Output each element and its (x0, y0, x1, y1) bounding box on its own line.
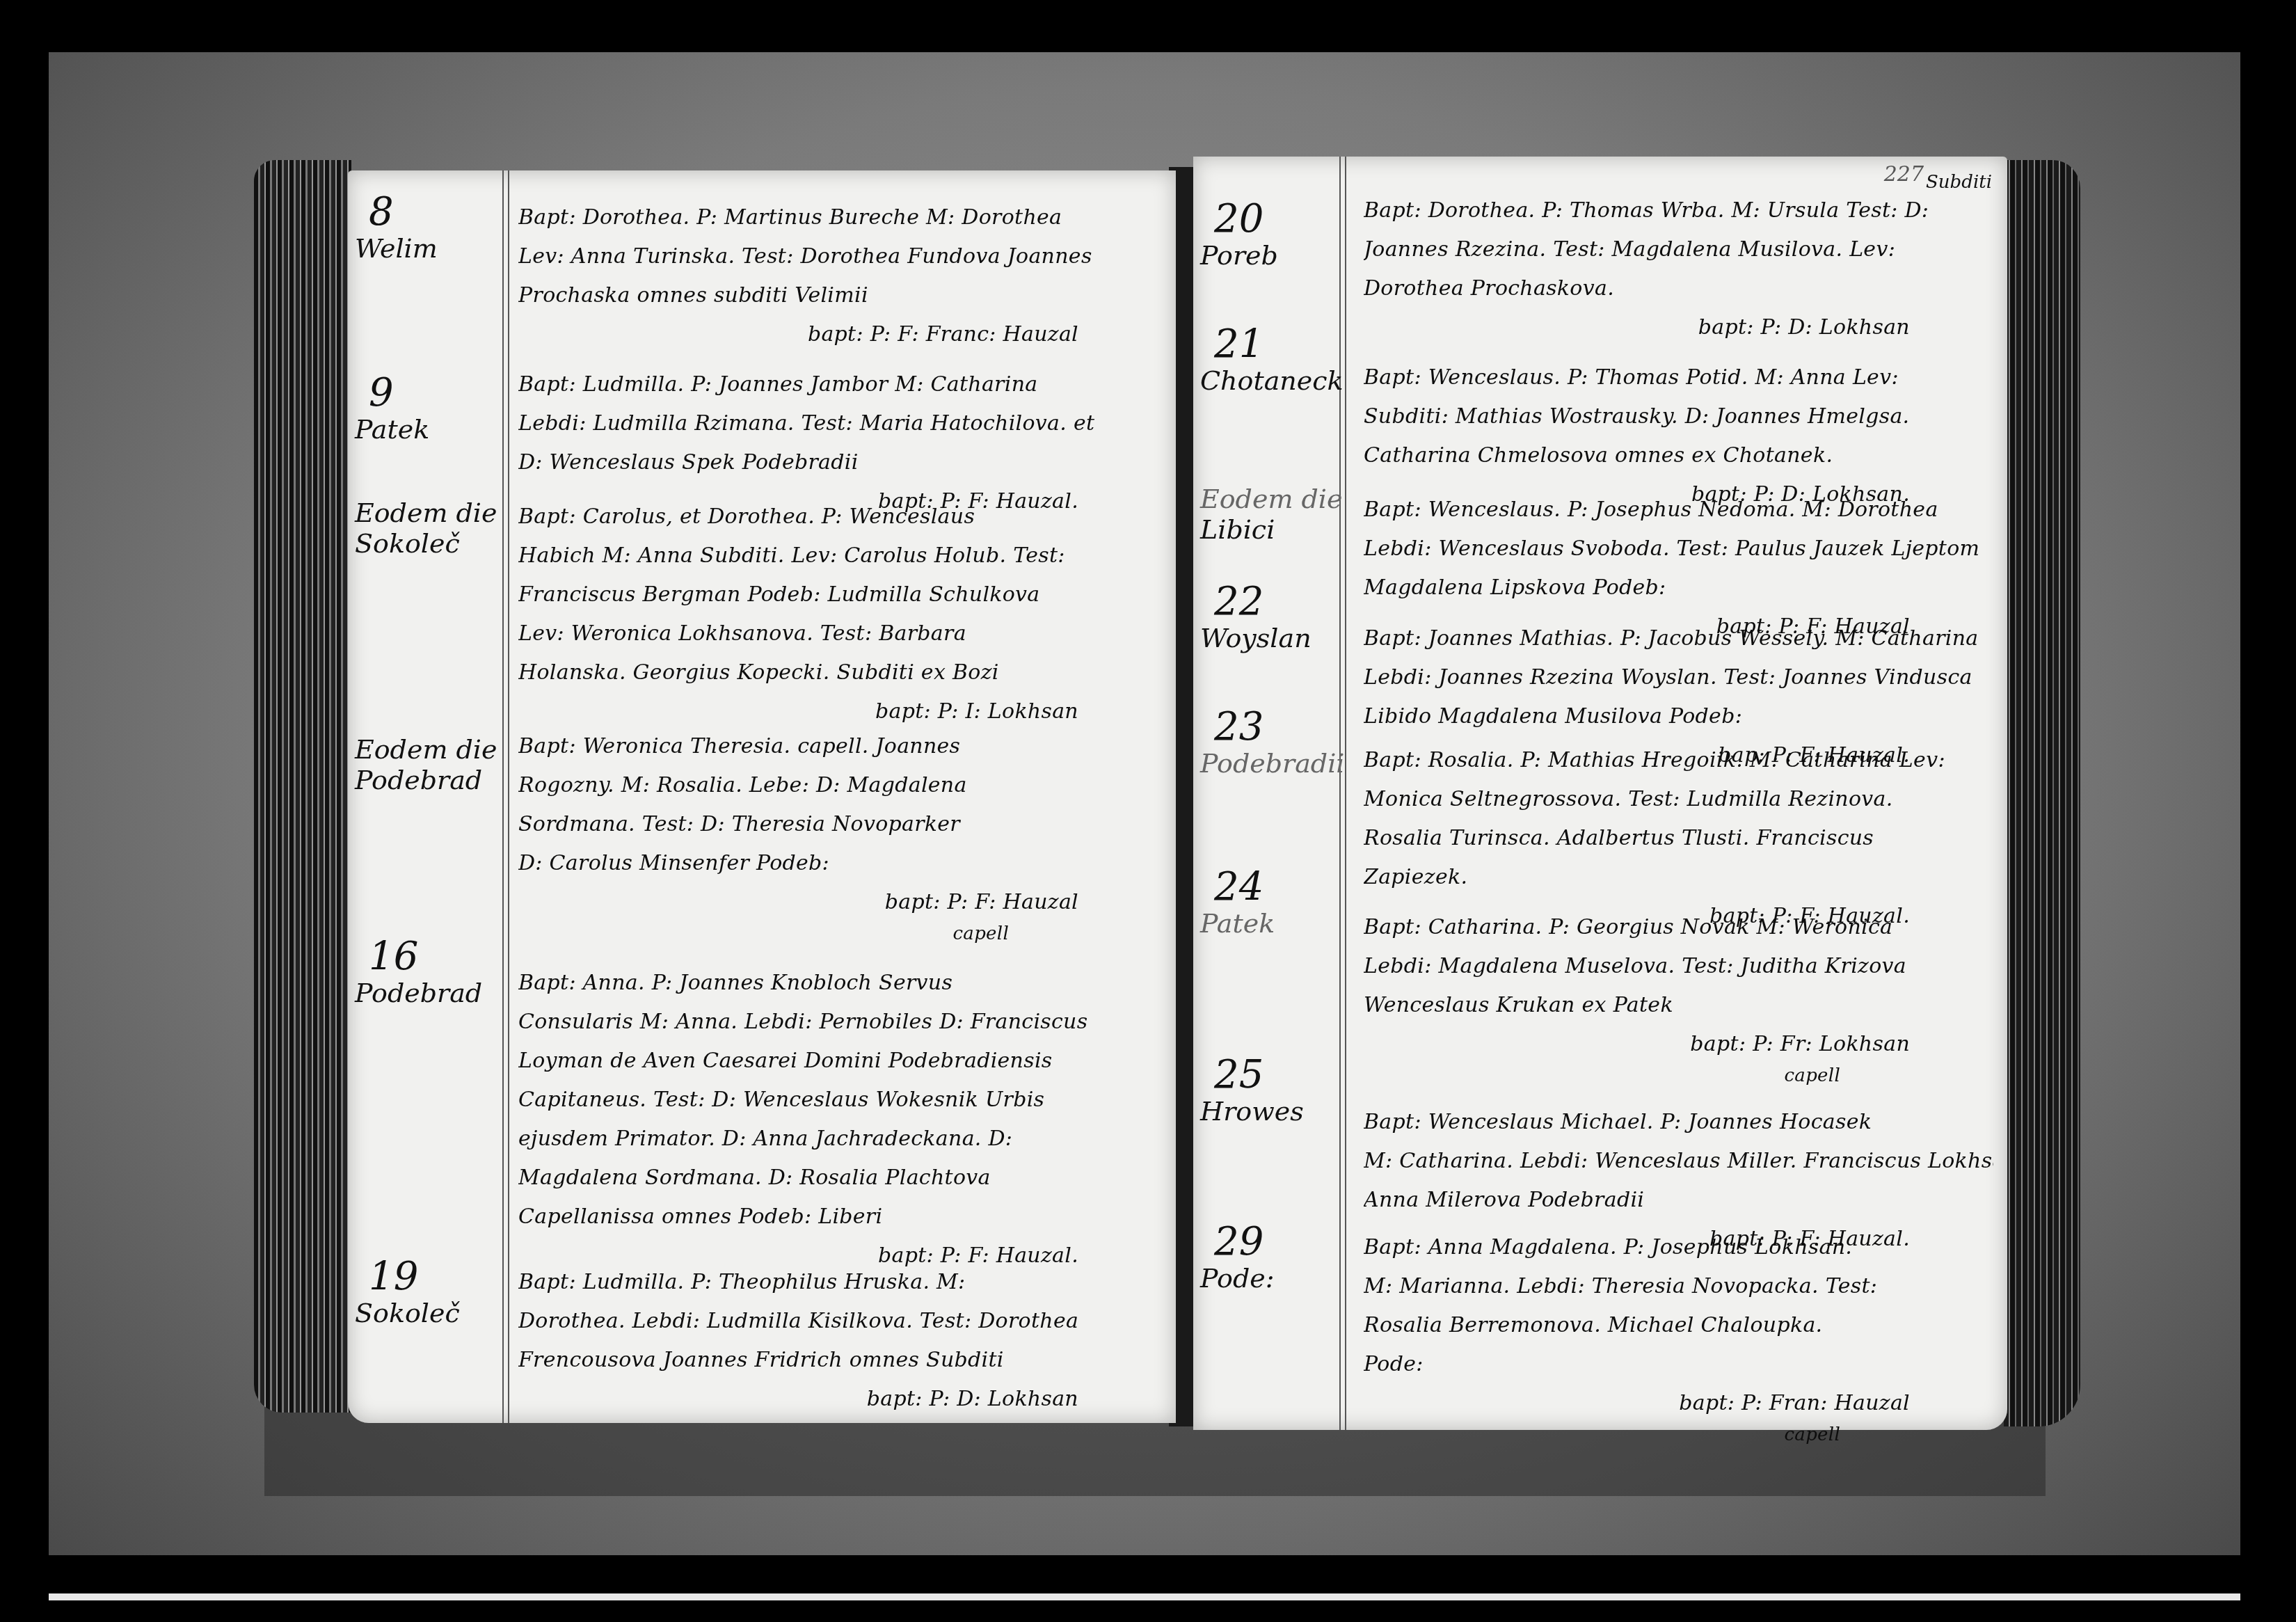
entry-line: Dorothea Prochaskova. (1364, 269, 1993, 308)
entry-place: Sokoleč (355, 528, 497, 559)
entry-line: Magdalena Sordmana. D: Rosalia Plachtova (518, 1159, 1162, 1198)
entry-line: Bapt: Ludmilla. P: Joannes Jambor M: Cat… (518, 365, 1162, 404)
entry-margin: 9 Patek (355, 372, 497, 445)
entry-line: Lebdi: Ludmilla Rzimana. Test: Maria Hat… (518, 404, 1162, 443)
entry-place: Welim (355, 233, 497, 264)
entry-margin: 19 Sokoleč (355, 1256, 497, 1328)
entry-margin: 8 Welim (355, 191, 497, 264)
entry-date: 16 (355, 936, 497, 978)
entry-line: Bapt: Carolus, et Dorothea. P: Wenceslau… (518, 498, 1162, 536)
entry-margin: 24 Patek (1200, 866, 1343, 939)
left-page: 8 Welim Bapt: Dorothea. P: Martinus Bure… (348, 170, 1176, 1423)
baptizer-signature: bapt: P: F: Hauzal (518, 883, 1162, 922)
right-page: 227 Subditi 20 Poreb Bapt: Dorothea. P: … (1193, 157, 2007, 1430)
entry-line: Dorothea. Lebdi: Ludmilla Kisilkova. Tes… (518, 1302, 1162, 1341)
entry-line: Anna Milerova Podebradii (1364, 1181, 1993, 1220)
entry-line: Lebdi: Magdalena Muselova. Test: Juditha… (1364, 947, 1993, 986)
entry-line: Prochaska omnes subditi Velimii (518, 276, 1162, 315)
entry-line: Magdalena Lipskova Podeb: (1364, 569, 1993, 607)
baptizer-signature: bapt: P: Fr: Lokhsan (1364, 1025, 1993, 1064)
entry-date: Eodem die (355, 498, 497, 528)
entry-place: Podebrad (355, 978, 497, 1008)
entry-place: Libici (1200, 514, 1343, 545)
entry-date: 29 (1200, 1221, 1343, 1263)
entry-margin: Eodem die Sokoleč (355, 498, 497, 559)
entry-line: Pode: (1364, 1345, 1993, 1384)
margin-rule (502, 170, 504, 1423)
baptizer-signature: bapt: P: D: Lokhsan (518, 1380, 1162, 1419)
entry-date: 19 (355, 1256, 497, 1298)
entry-line: Rosalia Turinsca. Adalbertus Tlusti. Fra… (1364, 819, 1993, 858)
entry-line: Holanska. Georgius Kopecki. Subditi ex B… (518, 653, 1162, 692)
entry-date: 8 (355, 191, 497, 233)
entry-line: Zapiezek. (1364, 858, 1993, 897)
entry-margin: 22 Woyslan (1200, 581, 1343, 653)
entry-margin: 21 Chotaneck (1200, 324, 1343, 396)
entry-date: 22 (1200, 581, 1343, 623)
entry-place: Patek (355, 414, 497, 445)
entry-line: Bapt: Wenceslaus. P: Josephus Nedoma. M:… (1364, 491, 1993, 530)
baptism-entry: Bapt: Catharina. P: Georgius Novak M: We… (1364, 908, 1993, 1088)
entry-line: Monica Seltnegrossova. Test: Ludmilla Re… (1364, 780, 1993, 819)
entry-margin: Eodem die Podebrad (355, 734, 497, 795)
entry-line: Bapt: Anna. P: Joannes Knobloch Servus (518, 964, 1162, 1003)
entry-line: Lev: Weronica Lokhsanova. Test: Barbara (518, 614, 1162, 653)
entry-line: Loyman de Aven Caesarei Domini Podebradi… (518, 1042, 1162, 1081)
entry-line: Bapt: Dorothea. P: Martinus Bureche M: D… (518, 198, 1162, 237)
entry-line: Consularis M: Anna. Lebdi: Pernobiles D:… (518, 1003, 1162, 1042)
entry-line: Bapt: Joannes Mathias. P: Jacobus Wessel… (1364, 619, 1993, 658)
baptism-entry: Bapt: Dorothea. P: Thomas Wrba. M: Ursul… (1364, 191, 1993, 347)
baptism-entry: Bapt: Anna Magdalena. P: Josephus Lokhsa… (1364, 1228, 1993, 1447)
entry-place: Poreb (1200, 240, 1343, 271)
entry-line: Lebdi: Joannes Rzezina Woyslan. Test: Jo… (1364, 658, 1993, 697)
entry-line: Rosalia Berremonova. Michael Chaloupka. (1364, 1306, 1993, 1345)
entry-date: Eodem die (355, 734, 497, 765)
entry-line: M: Marianna. Lebdi: Theresia Novopacka. … (1364, 1267, 1993, 1306)
signature-note: capell (1364, 1423, 1993, 1447)
entry-place: Podebrad (355, 765, 497, 795)
entry-line: Bapt: Wenceslaus. P: Thomas Potid. M: An… (1364, 358, 1993, 397)
entry-margin: 20 Poreb (1200, 198, 1343, 271)
entry-line: Bapt: Catharina. P: Georgius Novak M: We… (1364, 908, 1993, 947)
entry-line: Bapt: Weronica Theresia. capell. Joannes (518, 727, 1162, 766)
baptizer-signature: bapt: P: F: Franc: Hauzal (518, 315, 1162, 354)
entry-line: Bapt: Dorothea. P: Thomas Wrba. M: Ursul… (1364, 191, 1993, 230)
baptism-entry: Bapt: Ludmilla. P: Theophilus Hruska. M:… (518, 1263, 1162, 1419)
entry-date: 23 (1200, 706, 1343, 748)
baptism-entry: Bapt: Dorothea. P: Martinus Bureche M: D… (518, 198, 1162, 354)
baptism-entry: Bapt: Anna. P: Joannes Knobloch Servus C… (518, 964, 1162, 1275)
left-page-edges (254, 160, 351, 1413)
signature-note: capell (518, 922, 1162, 946)
entry-line: Libido Magdalena Musilova Podeb: (1364, 697, 1993, 736)
entry-line: Rogozny. M: Rosalia. Lebe: D: Magdalena (518, 766, 1162, 805)
entry-date: 20 (1200, 198, 1343, 240)
entry-date: Eodem die (1200, 484, 1343, 514)
entry-line: D: Carolus Minsenfer Podeb: (518, 844, 1162, 883)
entry-line: Capitaneus. Test: D: Wenceslaus Wokesnik… (518, 1081, 1162, 1120)
baptism-entry: Bapt: Carolus, et Dorothea. P: Wenceslau… (518, 498, 1162, 731)
entry-date: 24 (1200, 866, 1343, 908)
page-number: 227 (1884, 162, 1924, 186)
baptizer-signature: bapt: P: D: Lokhsan (1364, 308, 1993, 347)
film-edge (49, 1593, 2240, 1600)
corner-note: Subditi (1926, 172, 1992, 193)
entry-place: Pode: (1200, 1263, 1343, 1294)
entry-line: Bapt: Wenceslaus Michael. P: Joannes Hoc… (1364, 1103, 1993, 1142)
entry-line: Habich M: Anna Subditi. Lev: Carolus Hol… (518, 536, 1162, 575)
entry-place: Patek (1200, 908, 1343, 939)
entry-line: Lebdi: Wenceslaus Svoboda. Test: Paulus … (1364, 530, 1993, 569)
entry-margin: 23 Podebradii (1200, 706, 1343, 779)
entry-date: 25 (1200, 1054, 1343, 1096)
entry-line: Lev: Anna Turinska. Test: Dorothea Fundo… (518, 237, 1162, 276)
entry-line: D: Wenceslaus Spek Podebradii (518, 443, 1162, 482)
entry-line: Frencousova Joannes Fridrich omnes Subdi… (518, 1341, 1162, 1380)
entry-date: 9 (355, 372, 497, 414)
baptizer-signature: bapt: P: Fran: Hauzal (1364, 1384, 1993, 1423)
baptism-entry: Bapt: Rosalia. P: Mathias Hregoiik. M: C… (1364, 741, 1993, 936)
entry-line: Wenceslaus Krukan ex Patek (1364, 986, 1993, 1025)
entry-line: Joannes Rzezina. Test: Magdalena Musilov… (1364, 230, 1993, 269)
entry-line: ejusdem Primator. D: Anna Jachradeckana.… (518, 1120, 1162, 1159)
entry-margin: Eodem die Libici (1200, 484, 1343, 545)
entry-margin: 25 Hrowes (1200, 1054, 1343, 1127)
right-page-edges (2004, 160, 2080, 1426)
entry-line: Franciscus Bergman Podeb: Ludmilla Schul… (518, 575, 1162, 614)
entry-line: Bapt: Anna Magdalena. P: Josephus Lokhsa… (1364, 1228, 1993, 1267)
entry-place: Chotaneck (1200, 365, 1343, 396)
signature-note: capell (1364, 1064, 1993, 1088)
entry-place: Sokoleč (355, 1298, 497, 1328)
entry-line: Catharina Chmelosova omnes ex Chotanek. (1364, 436, 1993, 475)
baptism-entry: Bapt: Weronica Theresia. capell. Joannes… (518, 727, 1162, 946)
entry-place: Hrowes (1200, 1096, 1343, 1127)
entry-margin: 29 Pode: (1200, 1221, 1343, 1294)
entry-line: M: Catharina. Lebdi: Wenceslaus Miller. … (1364, 1142, 1993, 1181)
margin-rule (508, 170, 509, 1423)
entry-line: Sordmana. Test: D: Theresia Novoparker (518, 805, 1162, 844)
entry-line: Capellanissa omnes Podeb: Liberi (518, 1198, 1162, 1237)
baptizer-signature: bapt: P: I: Lokhsan (518, 692, 1162, 731)
entry-line: Subditi: Mathias Wostrausky. D: Joannes … (1364, 397, 1993, 436)
entry-place: Woyslan (1200, 623, 1343, 653)
entry-line: Bapt: Ludmilla. P: Theophilus Hruska. M: (518, 1263, 1162, 1302)
margin-rule (1345, 157, 1346, 1430)
entry-line: Bapt: Rosalia. P: Mathias Hregoiik. M: C… (1364, 741, 1993, 780)
entry-date: 21 (1200, 324, 1343, 365)
entry-place: Podebradii (1200, 748, 1343, 779)
entry-margin: 16 Podebrad (355, 936, 497, 1008)
